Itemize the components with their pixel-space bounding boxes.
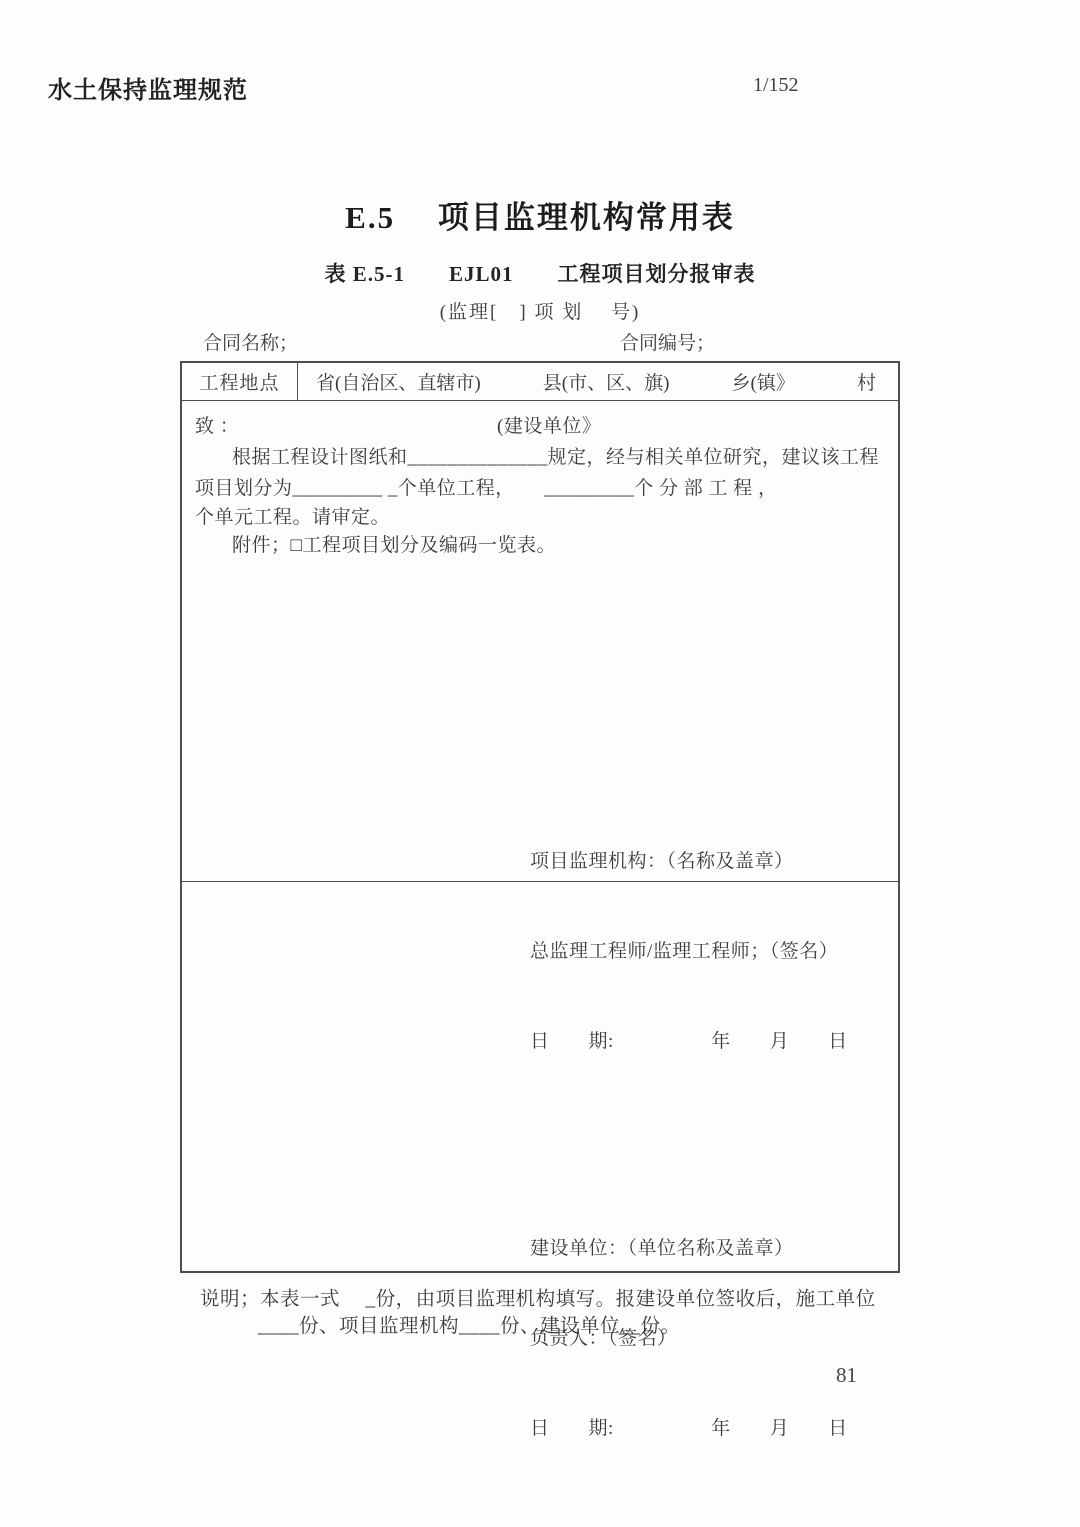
page-indicator: 1/152: [753, 74, 799, 97]
section-title: E.5 项目监理机构常用表: [0, 192, 1080, 237]
contract-number-label: 合同编号；: [620, 328, 715, 355]
attachment-line: 附件；□工程项目划分及编码一览表。: [232, 530, 556, 557]
document-page: 水土保持监理规范 1/152 E.5 项目监理机构常用表 表 E.5-1 EJL…: [0, 0, 1080, 1527]
contract-line: 合同名称； 合同编号；: [0, 328, 1080, 354]
location-village: 村: [857, 368, 876, 395]
to-unit-label: (建设单位》: [497, 411, 601, 438]
page-number: 81: [836, 1363, 857, 1388]
body-line-2: 项目划分为_________ _个单位工程， _________个 分 部 工 …: [195, 473, 778, 500]
note-line-2: ____份、项目监理机构____份、建设单位__份。: [258, 1310, 681, 1338]
to-label: 致 ：: [195, 411, 239, 438]
owner-date-line: 日 期: 年 月 日: [530, 1414, 848, 1444]
location-label: 工程地点: [182, 363, 298, 400]
note-line-1: 说明；本表一式 _份，由项目监理机构填写。报建设单位签收后，施工单位: [200, 1283, 876, 1311]
supervision-section: 致 ： (建设单位》 根据工程设计图纸和______________规定，经与相…: [182, 401, 898, 882]
body-line-3: 个单元工程。请审定。: [195, 502, 390, 529]
location-province: 省(自治区、直辖市): [316, 368, 481, 395]
form-table: 工程地点 省(自治区、直辖市) 县(市、区、旗) 乡(镇》 村 致 ： (建设单…: [180, 361, 900, 1273]
document-header-title: 水土保持监理规范: [48, 70, 248, 105]
table-caption: 表 E.5-1 EJL01 工程项目划分报审表: [0, 258, 1080, 288]
supervision-org-line: 项目监理机构：（名称及盖章）: [530, 847, 848, 877]
location-county: 县(市、区、旗): [543, 368, 670, 395]
form-code-line: (监理[ ] 项 划 号): [0, 297, 1080, 324]
location-row: 工程地点 省(自治区、直辖市) 县(市、区、旗) 乡(镇》 村: [182, 363, 898, 401]
location-content: 省(自治区、直辖市) 县(市、区、旗) 乡(镇》 村: [298, 363, 898, 400]
contract-name-label: 合同名称；: [203, 328, 298, 355]
owner-section: 建设单位：（单位名称及盖章） 负责人：（签名） 日 期: 年 月 日: [182, 882, 898, 1271]
owner-sign-block: 建设单位：（单位名称及盖章） 负责人：（签名） 日 期: 年 月 日: [530, 1174, 848, 1504]
body-line-1: 根据工程设计图纸和______________规定，经与相关单位研究，建议该工程: [232, 442, 879, 469]
owner-org-line: 建设单位：（单位名称及盖章）: [530, 1234, 848, 1264]
location-township: 乡(镇》: [732, 368, 795, 395]
